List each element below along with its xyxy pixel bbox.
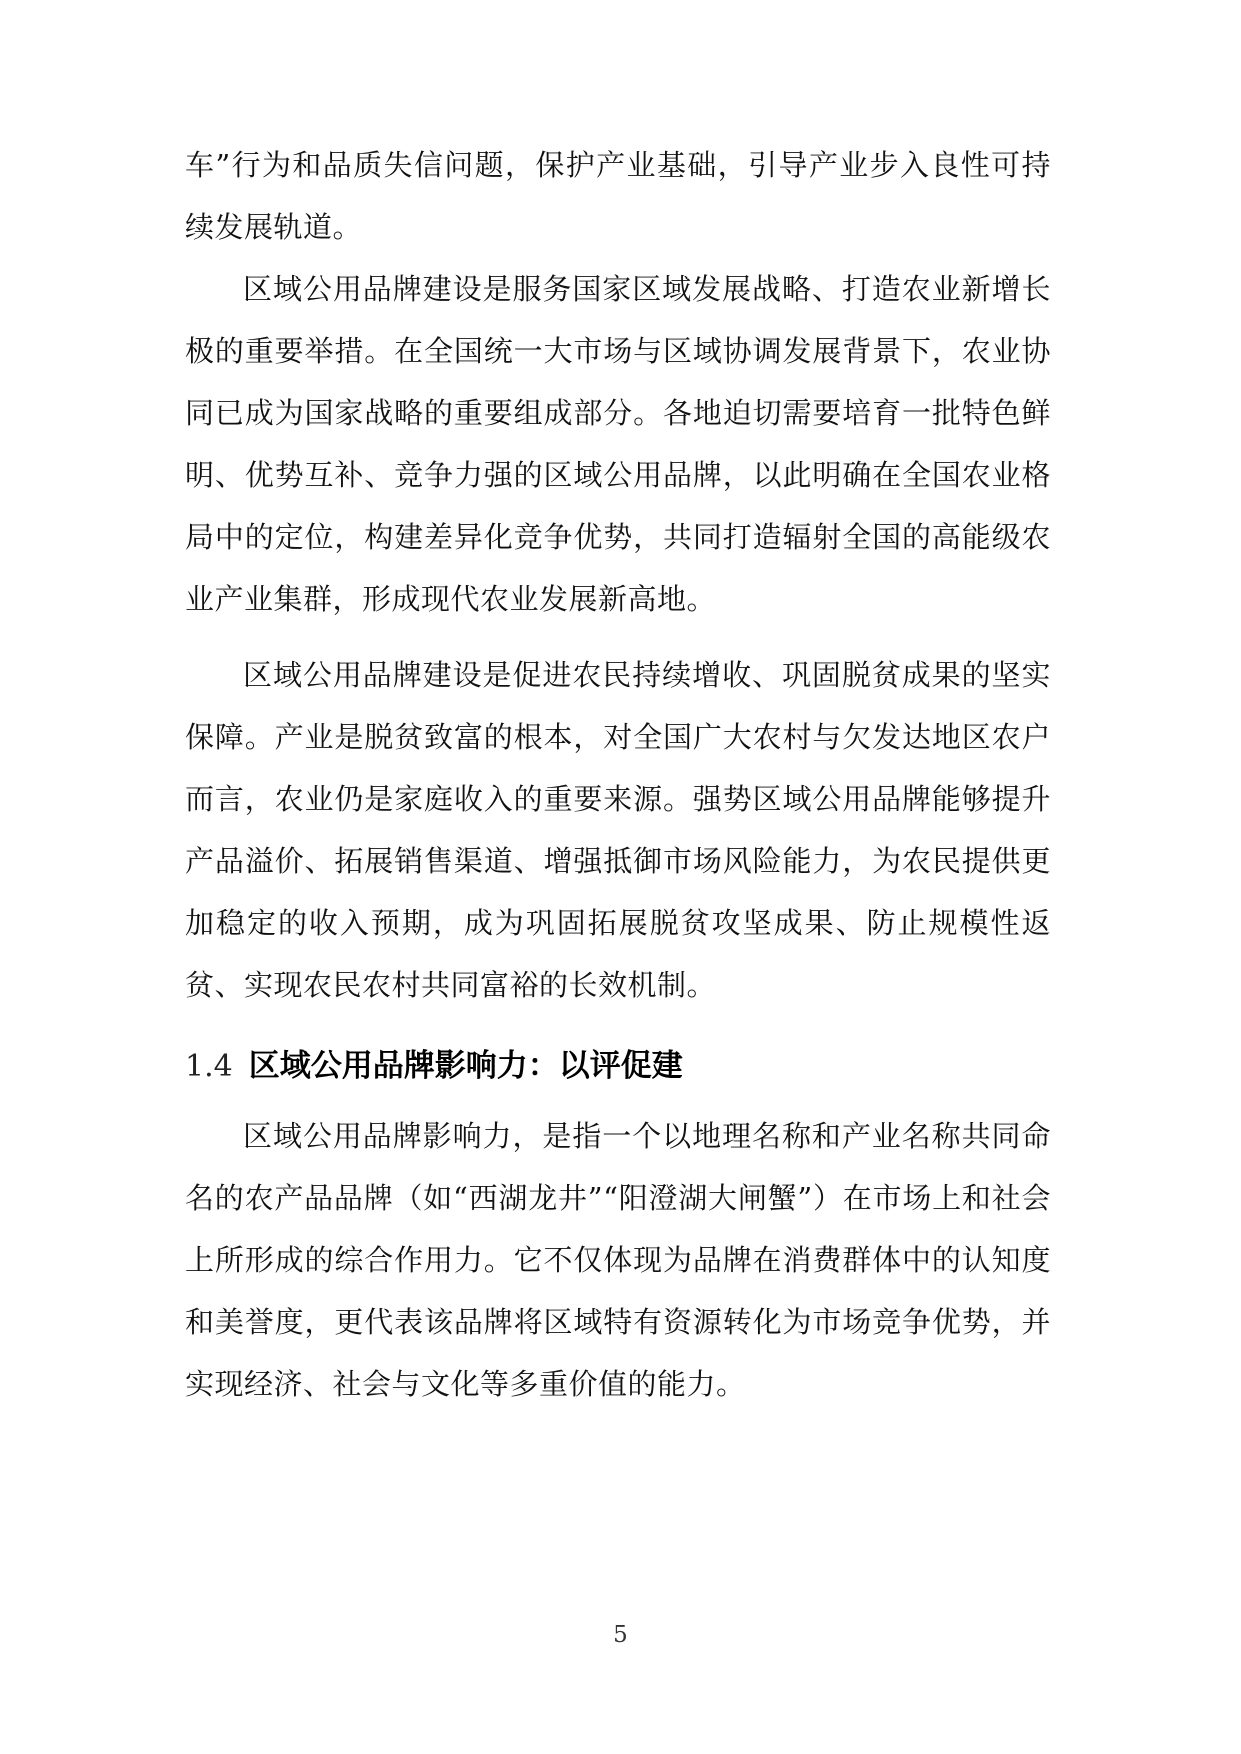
paragraph-farmer-income: 区域公用品牌建设是促进农民持续增收、巩固脱贫成果的坚实保障。产业是脱贫致富的根本… (185, 644, 1051, 1016)
document-page: 车”行为和品质失信问题，保护产业基础，引导产业步入良性可持续发展轨道。 区域公用… (0, 0, 1241, 1754)
page-number: 5 (0, 1622, 1241, 1648)
paragraph-brand-influence-definition: 区域公用品牌影响力，是指一个以地理名称和产业名称共同命名的农产品品牌（如“西湖龙… (185, 1105, 1051, 1415)
section-number: 1.4 (185, 1043, 233, 1091)
section-heading: 1.4 区域公用品牌影响力：以评促建 (185, 1042, 1051, 1091)
section-title: 区域公用品牌影响力：以评促建 (249, 1042, 683, 1090)
paragraph-continuation: 车”行为和品质失信问题，保护产业基础，引导产业步入良性可持续发展轨道。 (185, 134, 1051, 258)
page-content: 车”行为和品质失信问题，保护产业基础，引导产业步入良性可持续发展轨道。 区域公用… (185, 134, 1051, 1415)
paragraph-regional-brand-strategy: 区域公用品牌建设是服务国家区域发展战略、打造农业新增长极的重要举措。在全国统一大… (185, 258, 1051, 630)
